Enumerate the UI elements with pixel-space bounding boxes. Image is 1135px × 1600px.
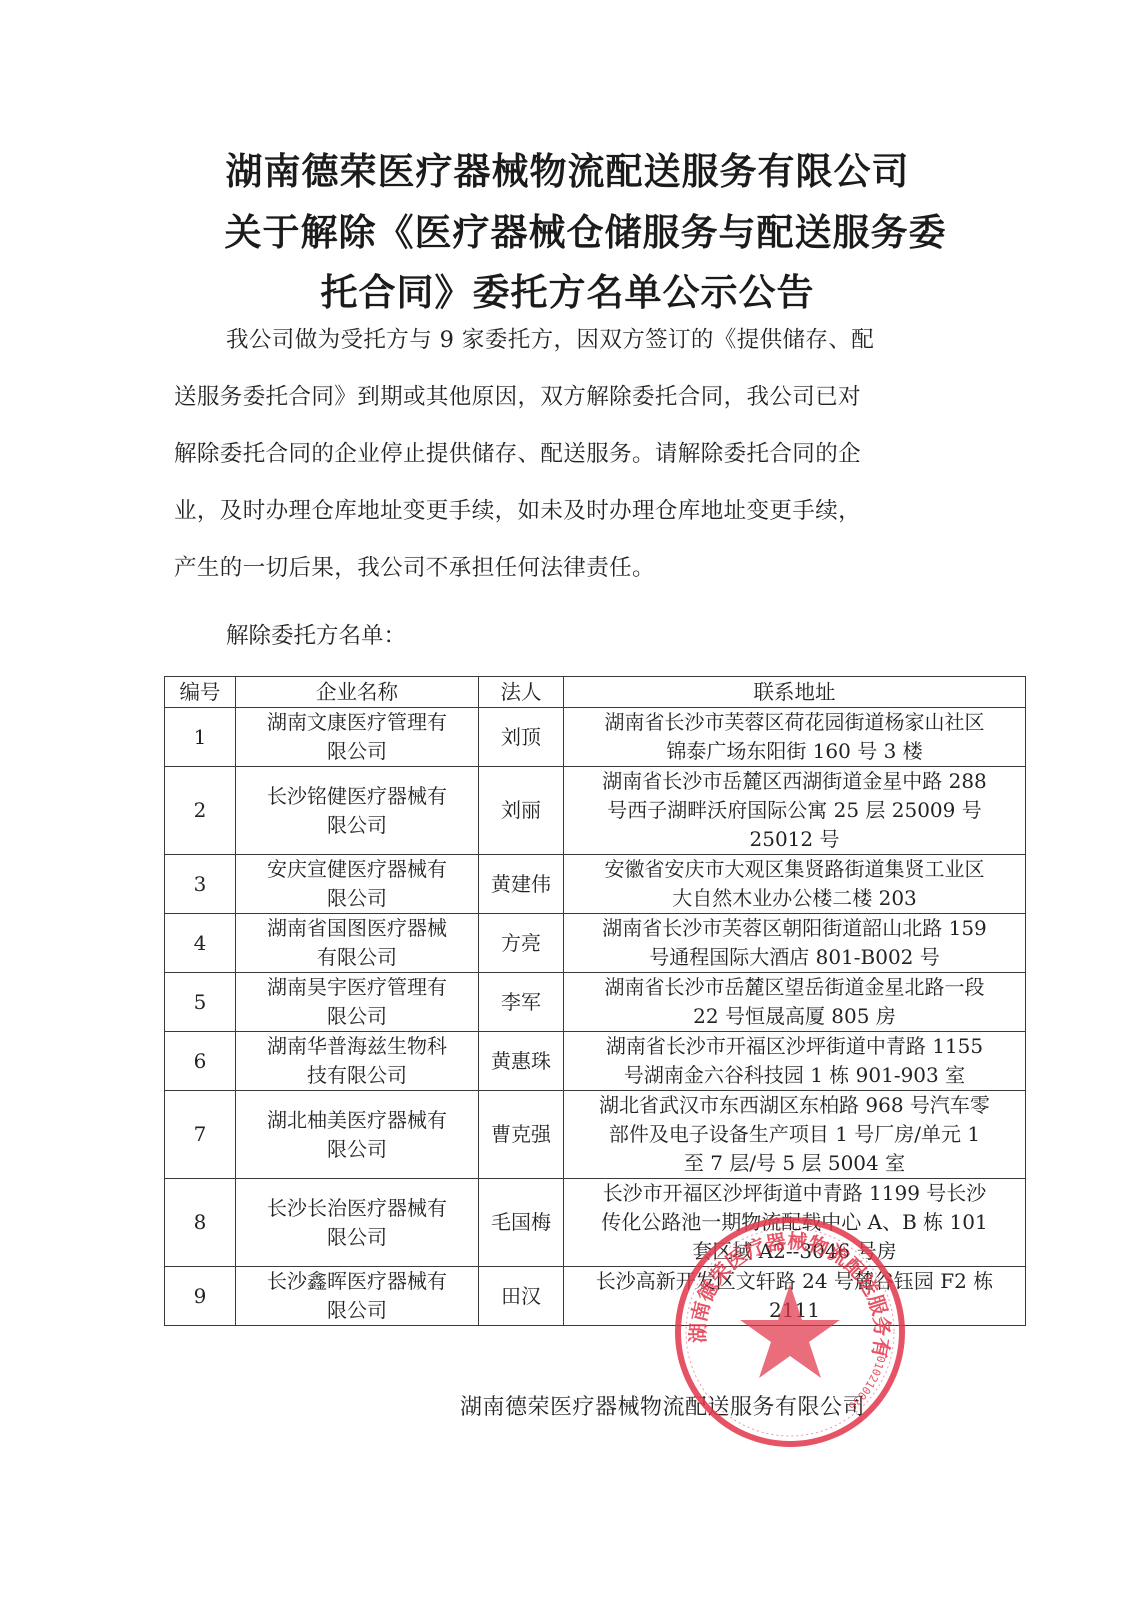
address-line: 安徽省安庆市大观区集贤路街道集贤工业区 <box>570 855 1019 884</box>
cell-no: 5 <box>165 973 236 1032</box>
company-name-line: 长沙长治医疗器械有 <box>242 1194 472 1223</box>
cell-legal-rep: 黄惠珠 <box>479 1032 564 1091</box>
cell-company-name: 湖南华普海兹生物科技有限公司 <box>236 1032 479 1091</box>
address-line: 25012 号 <box>570 825 1019 854</box>
cell-company-name: 湖南昊宇医疗管理有限公司 <box>236 973 479 1032</box>
cell-legal-rep: 毛国梅 <box>479 1179 564 1267</box>
company-name-line: 湖南文康医疗管理有 <box>242 708 472 737</box>
cell-no: 4 <box>165 914 236 973</box>
table-row: 7湖北柚美医疗器械有限公司曹克强湖北省武汉市东西湖区东柏路 968 号汽车零部件… <box>165 1091 1026 1179</box>
cell-company-name: 湖南文康医疗管理有限公司 <box>236 708 479 767</box>
table-row: 5湖南昊宇医疗管理有限公司李军湖南省长沙市岳麓区望岳街道金星北路一段22 号恒晟… <box>165 973 1026 1032</box>
cell-no: 8 <box>165 1179 236 1267</box>
cell-address: 湖南省长沙市芙蓉区朝阳街道韶山北路 159号通程国际大酒店 801-B002 号 <box>564 914 1026 973</box>
table-row: 4湖南省国图医疗器械有限公司方亮湖南省长沙市芙蓉区朝阳街道韶山北路 159号通程… <box>165 914 1026 973</box>
company-name-line: 限公司 <box>242 1296 472 1325</box>
address-line: 2111 <box>570 1296 1019 1325</box>
company-name-line: 限公司 <box>242 737 472 766</box>
address-line: 22 号恒晟高厦 805 房 <box>570 1002 1019 1031</box>
company-name-line: 湖南华普海兹生物科 <box>242 1032 472 1061</box>
cell-legal-rep: 黄建伟 <box>479 855 564 914</box>
address-line: 湖南省长沙市芙蓉区荷花园街道杨家山社区 <box>570 708 1019 737</box>
body-line-3: 解除委托合同的企业停止提供储存、配送服务。请解除委托合同的企 <box>174 426 974 483</box>
address-line: 传化公路池一期物流配载中心 A、B 栋 101 <box>570 1208 1019 1237</box>
address-line: 号通程国际大酒店 801-B002 号 <box>570 943 1019 972</box>
company-name-line: 限公司 <box>242 1135 472 1164</box>
cell-company-name: 湖南省国图医疗器械有限公司 <box>236 914 479 973</box>
address-line: 长沙市开福区沙坪街道中青路 1199 号长沙 <box>570 1179 1019 1208</box>
cell-address: 湖南省长沙市开福区沙坪街道中青路 1155号湖南金六谷科技园 1 栋 901-9… <box>564 1032 1026 1091</box>
cell-no: 7 <box>165 1091 236 1179</box>
notice-body: 我公司做为受托方与 9 家委托方，因双方签订的《提供储存、配 送服务委托合同》到… <box>174 312 974 597</box>
address-line: 湖南省长沙市开福区沙坪街道中青路 1155 <box>570 1032 1019 1061</box>
table-row: 9长沙鑫晖医疗器械有限公司田汉长沙高新开发区文轩路 24 号麓谷钰园 F2 栋2… <box>165 1267 1026 1326</box>
company-name-line: 限公司 <box>242 811 472 840</box>
cell-company-name: 长沙鑫晖医疗器械有限公司 <box>236 1267 479 1326</box>
cell-no: 9 <box>165 1267 236 1326</box>
table-row: 1湖南文康医疗管理有限公司刘顶湖南省长沙市芙蓉区荷花园街道杨家山社区锦泰广场东阳… <box>165 708 1026 767</box>
table-row: 2长沙铭健医疗器械有限公司刘丽湖南省长沙市岳麓区西湖街道金星中路 288号西子湖… <box>165 767 1026 855</box>
address-line: 锦泰广场东阳街 160 号 3 楼 <box>570 737 1019 766</box>
cell-legal-rep: 田汉 <box>479 1267 564 1326</box>
cell-no: 1 <box>165 708 236 767</box>
cell-legal-rep: 李军 <box>479 973 564 1032</box>
company-name-line: 长沙鑫晖医疗器械有 <box>242 1267 472 1296</box>
cell-address: 湖北省武汉市东西湖区东柏路 968 号汽车零部件及电子设备生产项目 1 号厂房/… <box>564 1091 1026 1179</box>
body-line-2: 送服务委托合同》到期或其他原因，双方解除委托合同，我公司已对 <box>174 369 974 426</box>
address-line: 湖南省长沙市岳麓区西湖街道金星中路 288 <box>570 767 1019 796</box>
header-legal-rep: 法人 <box>479 677 564 708</box>
table-row: 8长沙长治医疗器械有限公司毛国梅长沙市开福区沙坪街道中青路 1199 号长沙传化… <box>165 1179 1026 1267</box>
address-line: 湖南省长沙市岳麓区望岳街道金星北路一段 <box>570 973 1019 1002</box>
body-line-1: 我公司做为受托方与 9 家委托方，因双方签订的《提供储存、配 <box>174 312 974 369</box>
cell-legal-rep: 刘丽 <box>479 767 564 855</box>
header-address: 联系地址 <box>564 677 1026 708</box>
body-line-5: 产生的一切后果，我公司不承担任何法律责任。 <box>174 540 974 597</box>
cell-company-name: 湖北柚美医疗器械有限公司 <box>236 1091 479 1179</box>
cell-no: 3 <box>165 855 236 914</box>
cell-no: 2 <box>165 767 236 855</box>
cell-address: 安徽省安庆市大观区集贤路街道集贤工业区大自然木业办公楼二楼 203 <box>564 855 1026 914</box>
title-line-3: 托合同》委托方名单公示公告 <box>0 262 1135 316</box>
list-label: 解除委托方名单： <box>226 618 406 650</box>
cell-address: 长沙高新开发区文轩路 24 号麓谷钰园 F2 栋2111 <box>564 1267 1026 1326</box>
address-line: 大自然木业办公楼二楼 203 <box>570 884 1019 913</box>
client-table: 编号 企业名称 法人 联系地址 1湖南文康医疗管理有限公司刘顶湖南省长沙市芙蓉区… <box>164 676 1026 1326</box>
table-header-row: 编号 企业名称 法人 联系地址 <box>165 677 1026 708</box>
cell-company-name: 长沙铭健医疗器械有限公司 <box>236 767 479 855</box>
body-line-4: 业，及时办理仓库地址变更手续，如未及时办理仓库地址变更手续， <box>174 483 974 540</box>
address-line: 号湖南金六谷科技园 1 栋 901-903 室 <box>570 1061 1019 1090</box>
cell-legal-rep: 曹克强 <box>479 1091 564 1179</box>
company-name-line: 技有限公司 <box>242 1061 472 1090</box>
company-name-line: 限公司 <box>242 884 472 913</box>
company-name-line: 安庆宣健医疗器械有 <box>242 855 472 884</box>
header-company-name: 企业名称 <box>236 677 479 708</box>
cell-address: 湖南省长沙市芙蓉区荷花园街道杨家山社区锦泰广场东阳街 160 号 3 楼 <box>564 708 1026 767</box>
company-name-line: 限公司 <box>242 1223 472 1252</box>
company-signature: 湖南德荣医疗器械物流配送服务有限公司 <box>460 1390 865 1421</box>
company-name-line: 湖南省国图医疗器械 <box>242 914 472 943</box>
cell-legal-rep: 刘顶 <box>479 708 564 767</box>
cell-legal-rep: 方亮 <box>479 914 564 973</box>
company-name-line: 长沙铭健医疗器械有 <box>242 782 472 811</box>
cell-address: 湖南省长沙市岳麓区望岳街道金星北路一段22 号恒晟高厦 805 房 <box>564 973 1026 1032</box>
address-line: 部件及电子设备生产项目 1 号厂房/单元 1 <box>570 1120 1019 1149</box>
company-name-line: 限公司 <box>242 1002 472 1031</box>
cell-company-name: 安庆宣健医疗器械有限公司 <box>236 855 479 914</box>
address-line: 套区域 A2--3046 号房 <box>570 1237 1019 1266</box>
address-line: 至 7 层/号 5 层 5004 室 <box>570 1149 1019 1178</box>
company-name-line: 湖北柚美医疗器械有 <box>242 1106 472 1135</box>
cell-no: 6 <box>165 1032 236 1091</box>
company-name-line: 湖南昊宇医疗管理有 <box>242 973 472 1002</box>
title-line-1: 湖南德荣医疗器械物流配送服务有限公司 <box>0 141 1135 195</box>
address-line: 湖北省武汉市东西湖区东柏路 968 号汽车零 <box>570 1091 1019 1120</box>
header-no: 编号 <box>165 677 236 708</box>
title-line-2: 关于解除《医疗器械仓储服务与配送服务委 <box>18 202 1135 256</box>
address-line: 长沙高新开发区文轩路 24 号麓谷钰园 F2 栋 <box>570 1267 1019 1296</box>
cell-company-name: 长沙长治医疗器械有限公司 <box>236 1179 479 1267</box>
cell-address: 湖南省长沙市岳麓区西湖街道金星中路 288号西子湖畔沃府国际公寓 25 层 25… <box>564 767 1026 855</box>
table-row: 3安庆宣健医疗器械有限公司黄建伟安徽省安庆市大观区集贤路街道集贤工业区大自然木业… <box>165 855 1026 914</box>
address-line: 号西子湖畔沃府国际公寓 25 层 25009 号 <box>570 796 1019 825</box>
address-line: 湖南省长沙市芙蓉区朝阳街道韶山北路 159 <box>570 914 1019 943</box>
table-row: 6湖南华普海兹生物科技有限公司黄惠珠湖南省长沙市开福区沙坪街道中青路 1155号… <box>165 1032 1026 1091</box>
cell-address: 长沙市开福区沙坪街道中青路 1199 号长沙传化公路池一期物流配载中心 A、B … <box>564 1179 1026 1267</box>
company-name-line: 有限公司 <box>242 943 472 972</box>
